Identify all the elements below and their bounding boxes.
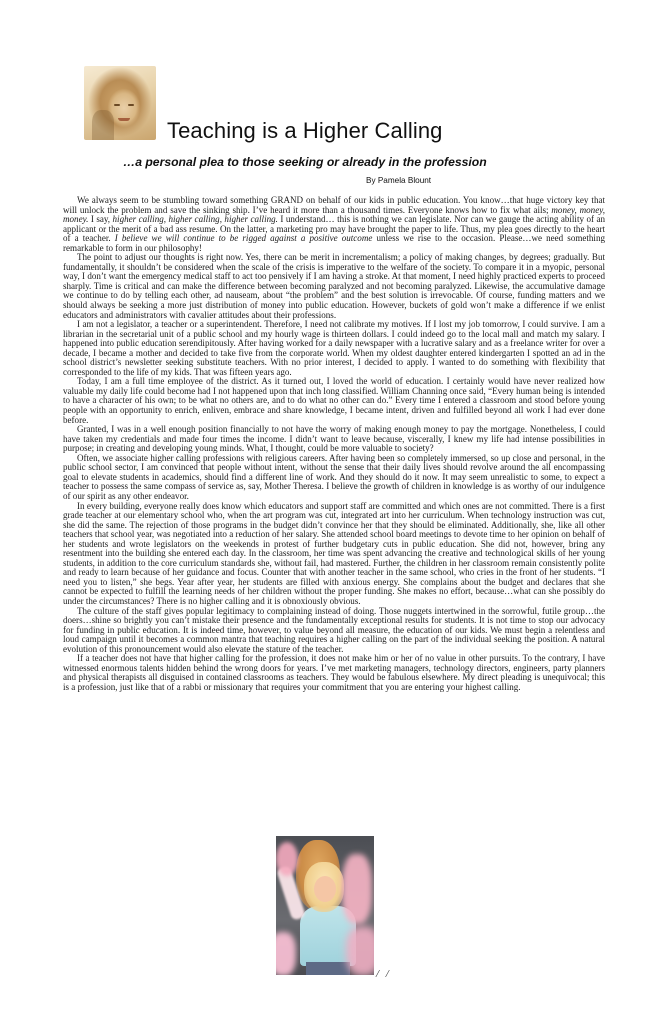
photo-blur	[346, 926, 374, 975]
photo-blurred-hand	[276, 842, 298, 876]
paragraph: In every building, everyone really does …	[63, 502, 605, 607]
photo-child-jeans	[306, 962, 350, 975]
document-page: Teaching is a Higher Calling …a personal…	[0, 0, 663, 1024]
portrait-eye	[128, 104, 134, 106]
emphasis-text: higher calling, higher calling, higher c…	[113, 214, 278, 224]
portrait-eye	[114, 104, 120, 106]
article-body: We always seem to be stumbling toward so…	[63, 196, 605, 692]
paragraph: If a teacher does not have that higher c…	[63, 654, 605, 692]
article-subtitle: …a personal plea to those seeking or alr…	[123, 155, 487, 169]
photo-child-face	[314, 876, 336, 902]
paragraph: Often, we associate higher calling profe…	[63, 454, 605, 502]
paragraph: Granted, I was in a well enough position…	[63, 425, 605, 454]
paragraph-text: I say,	[88, 214, 112, 224]
photo-blur	[276, 932, 296, 975]
paragraph: We always seem to be stumbling toward so…	[63, 196, 605, 253]
photo-blurred-hand	[342, 854, 372, 924]
author-byline: By Pamela Blount	[366, 176, 431, 185]
end-mark: / /	[376, 968, 391, 980]
paragraph-text: We always seem to be stumbling toward so…	[63, 195, 605, 215]
paragraph: The point to adjust our thoughts is righ…	[63, 253, 605, 320]
author-portrait-image	[84, 66, 156, 140]
paragraph: Today, I am a full time employee of the …	[63, 377, 605, 425]
paragraph: I am not a legislator, a teacher or a su…	[63, 320, 605, 377]
celebration-photo	[276, 836, 374, 975]
article-title: Teaching is a Higher Calling	[167, 118, 443, 144]
paragraph: The culture of the staff gives popular l…	[63, 607, 605, 655]
emphasis-text: I believe we will continue to be rigged …	[115, 233, 373, 243]
portrait-shadow	[92, 110, 114, 140]
portrait-mouth	[118, 118, 130, 121]
